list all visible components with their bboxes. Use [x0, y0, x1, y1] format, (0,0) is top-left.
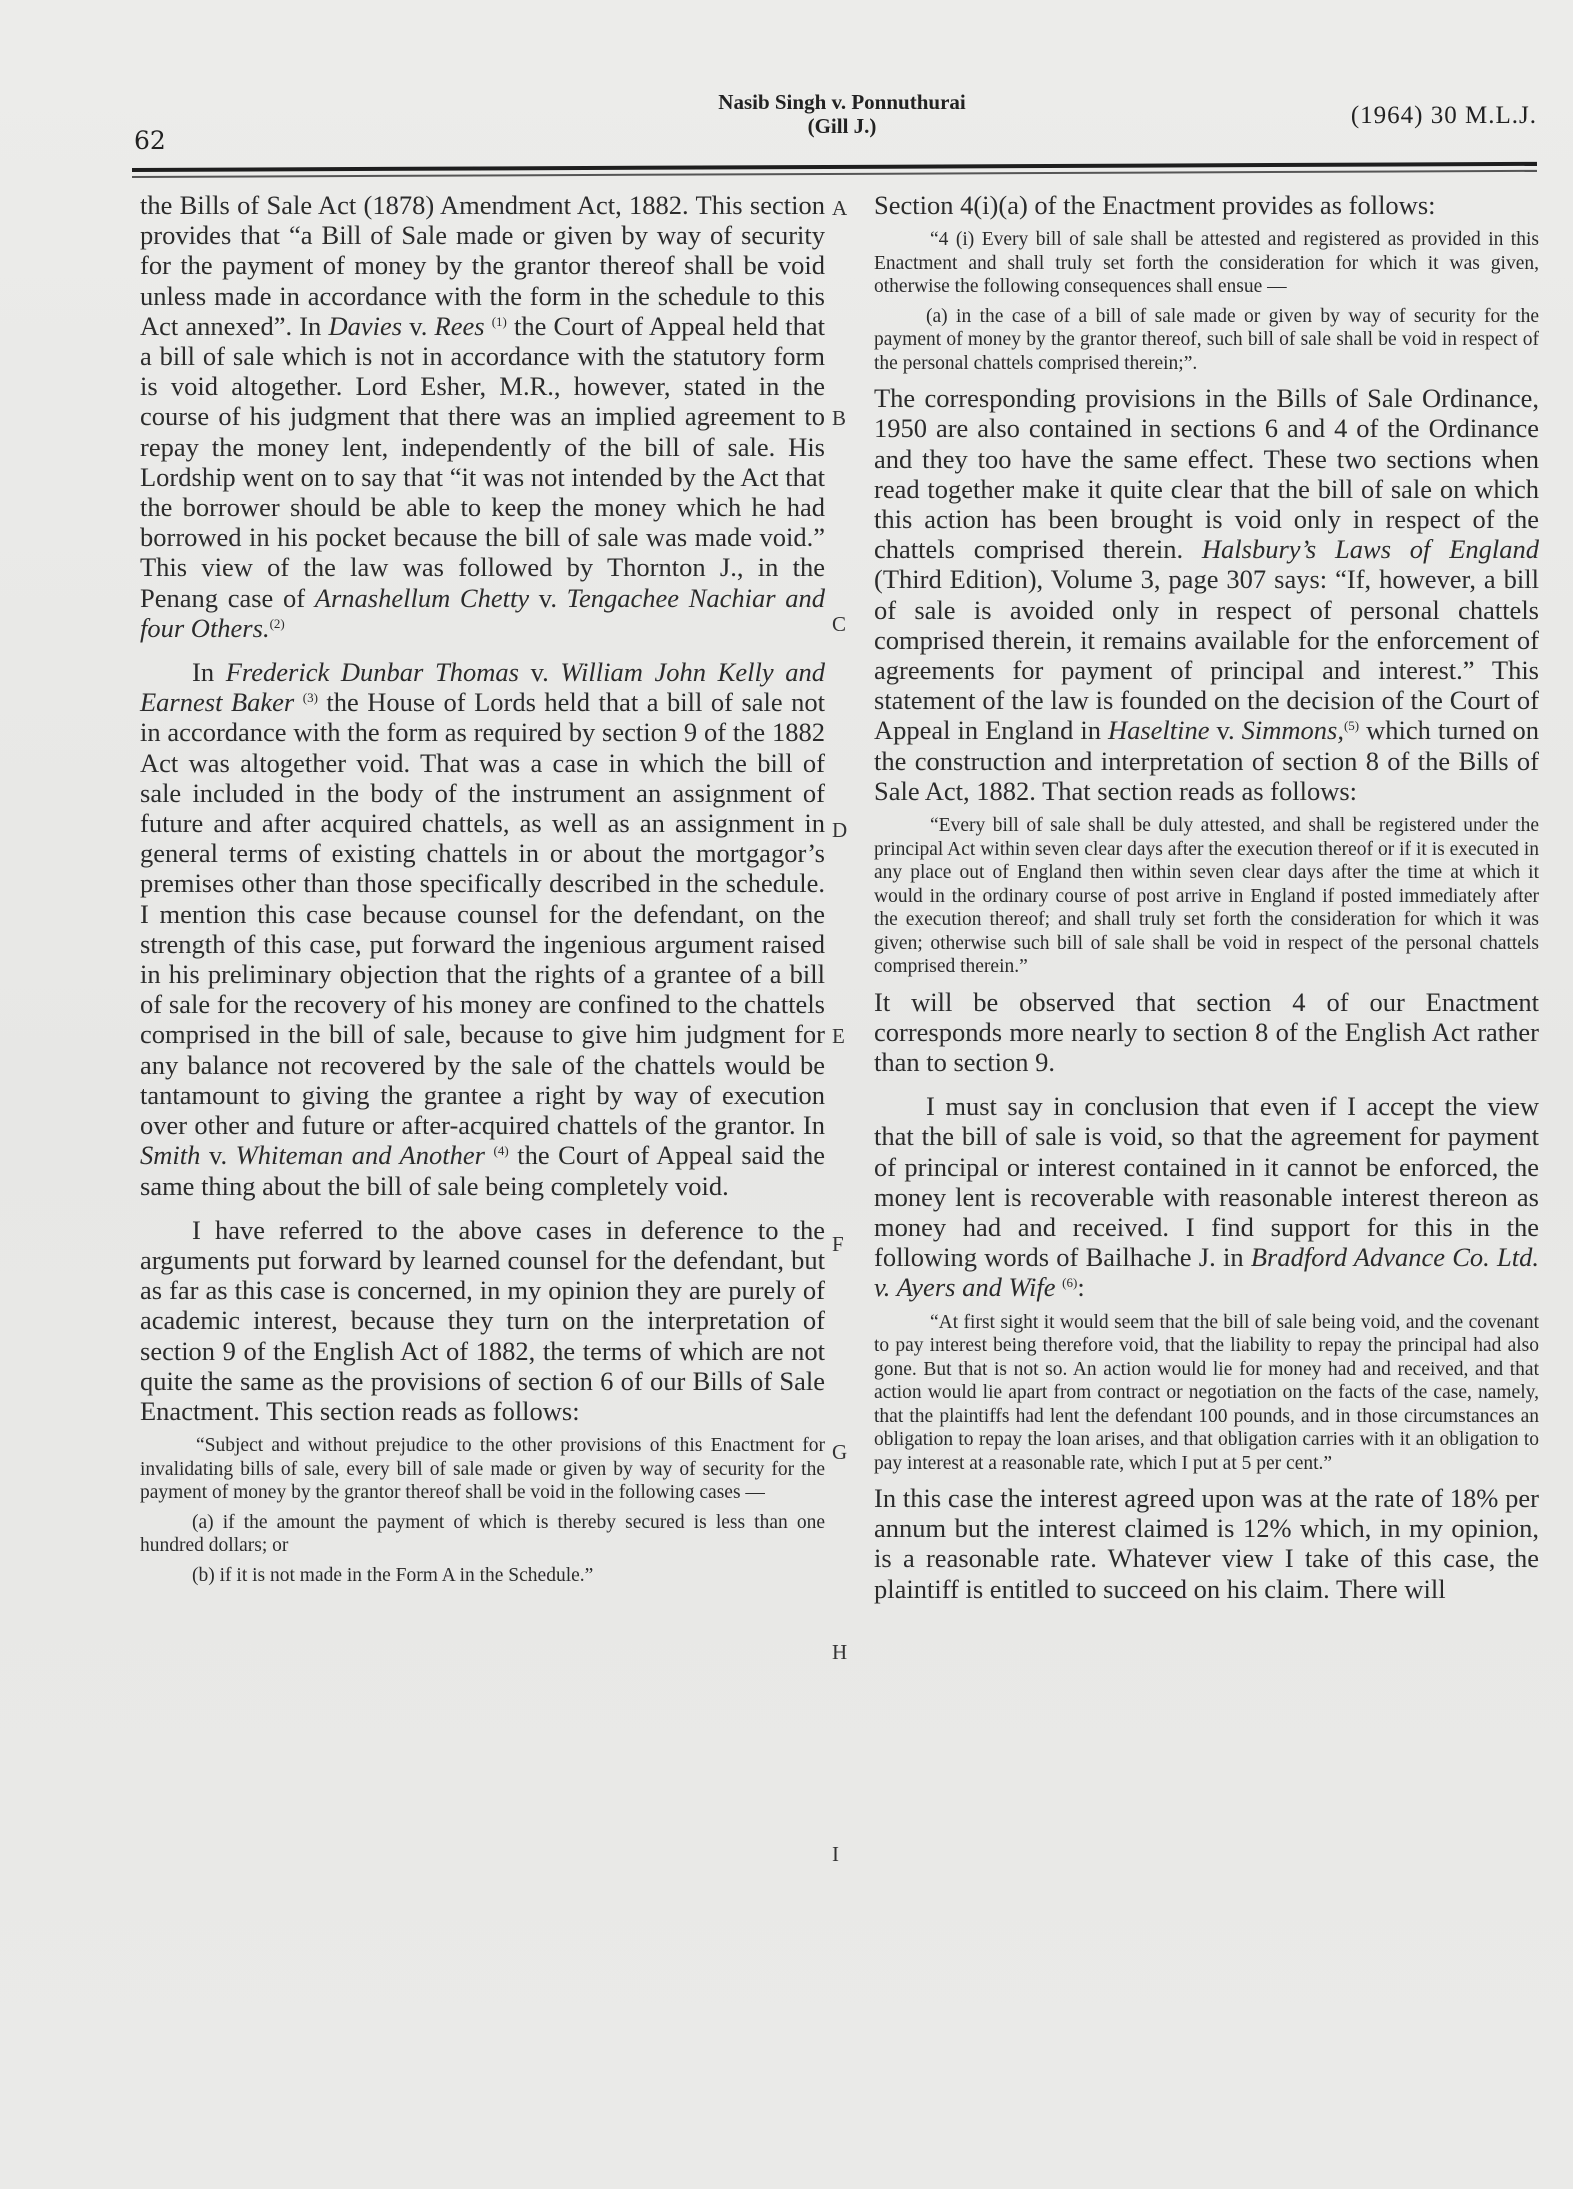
paragraph: the Bills of Sale Act (1878) Amendment A… — [140, 190, 825, 643]
quote-text: “Every bill of sale shall be duly attest… — [874, 814, 1539, 979]
quote-clause-b: (b) if it is not made in the Form A in t… — [140, 1564, 825, 1588]
block-quote: “Every bill of sale shall be duly attest… — [874, 814, 1539, 979]
journal-citation: (1964) 30 M.L.J. — [1351, 102, 1537, 130]
right-column: Section 4(i)(a) of the Enactment provide… — [874, 190, 1539, 1604]
margin-letter-b: B — [832, 406, 846, 431]
margin-letter-a: A — [832, 196, 847, 221]
margin-letter-g: G — [832, 1440, 847, 1465]
margin-letter-d: D — [832, 818, 847, 843]
quote-text: “Subject and without prejudice to the ot… — [140, 1434, 825, 1505]
footnote-ref: (2) — [270, 616, 285, 631]
document-page: 62 Nasib Singh v. Ponnuthurai (Gill J.) … — [0, 0, 1573, 2189]
case-name: Rees — [435, 311, 485, 341]
book-title: Halsbury’s Laws of England — [1202, 534, 1539, 564]
left-column: the Bills of Sale Act (1878) Amendment A… — [140, 190, 825, 1595]
paragraph: In Frederick Dunbar Thomas v. William Jo… — [140, 657, 825, 1201]
page-number: 62 — [134, 126, 166, 155]
paragraph: I have referred to the above cases in de… — [140, 1215, 825, 1426]
margin-letter-e: E — [832, 1024, 845, 1049]
judge-name: (Gill J.) — [612, 114, 1072, 138]
footnote-ref: (5) — [1344, 718, 1359, 733]
block-quote: “4 (i) Every bill of sale shall be attes… — [874, 228, 1539, 375]
footnote-ref: (6) — [1062, 1275, 1077, 1290]
quote-text: “4 (i) Every bill of sale shall be attes… — [874, 228, 1539, 299]
paragraph: Section 4(i)(a) of the Enactment provide… — [874, 190, 1539, 220]
case-name: Whiteman and Another — [236, 1140, 485, 1170]
paragraph: The corresponding provisions in the Bill… — [874, 383, 1539, 806]
margin-letter-h: H — [832, 1640, 847, 1665]
block-quote: “At first sight it would seem that the b… — [874, 1311, 1539, 1476]
case-name: Davies — [328, 311, 402, 341]
quote-text: “At first sight it would seem that the b… — [874, 1311, 1539, 1476]
quote-clause-a: (a) if the amount the payment of which i… — [140, 1511, 825, 1558]
case-name: Arnashellum Chetty — [315, 583, 529, 613]
paragraph: I must say in conclusion that even if I … — [874, 1091, 1539, 1302]
quote-clause-a: (a) in the case of a bill of sale made o… — [874, 305, 1539, 376]
margin-letter-i: I — [832, 1842, 839, 1867]
running-title: Nasib Singh v. Ponnuthurai (Gill J.) — [612, 90, 1072, 138]
footnote-ref: (3) — [303, 690, 318, 705]
paragraph: In this case the interest agreed upon wa… — [874, 1483, 1539, 1604]
footnote-ref: (1) — [492, 314, 507, 329]
case-name: Frederick Dunbar Thomas — [226, 657, 519, 687]
case-name: Haseltine — [1108, 715, 1210, 745]
case-title: Nasib Singh v. Ponnuthurai — [612, 90, 1072, 114]
footnote-ref: (4) — [493, 1143, 508, 1158]
paragraph: It will be observed that section 4 of ou… — [874, 987, 1539, 1078]
case-name: Simmons, — [1242, 715, 1344, 745]
case-name: Smith — [140, 1140, 200, 1170]
margin-letter-f: F — [832, 1232, 844, 1257]
block-quote: “Subject and without prejudice to the ot… — [140, 1434, 825, 1587]
margin-letter-c: C — [832, 612, 846, 637]
page-header: 62 Nasib Singh v. Ponnuthurai (Gill J.) … — [132, 90, 1537, 170]
